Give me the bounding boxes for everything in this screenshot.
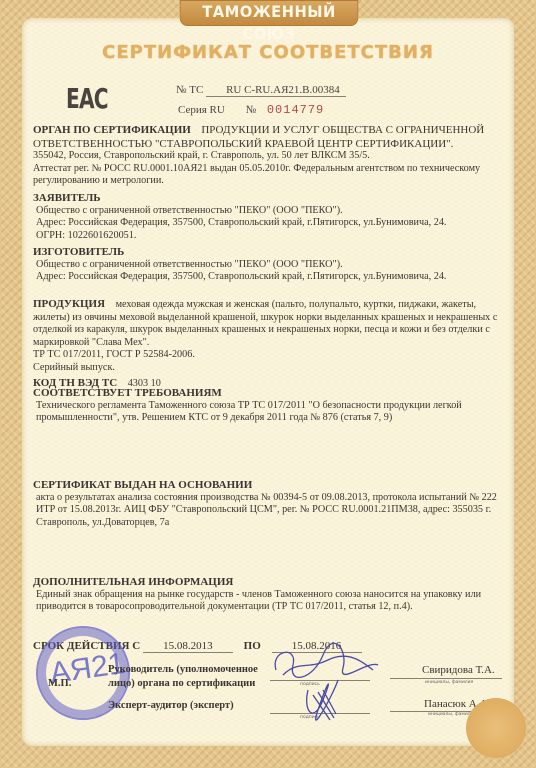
series-label: Серия RU xyxy=(178,104,225,116)
applicant-ogrn: ОГРН: 1022601620051. xyxy=(33,230,506,243)
series-line: Серия RU № 0014779 xyxy=(178,103,324,117)
product-standards: ТР ТС 017/2011, ГОСТ Р 52584-2006. xyxy=(33,349,506,362)
applicant-heading: ЗАЯВИТЕЛЬ xyxy=(33,192,506,205)
manufacturer-heading: ИЗГОТОВИТЕЛЬ xyxy=(33,246,506,259)
number-label: № xyxy=(228,104,257,116)
certification-body-section: ОРГАН ПО СЕРТИФИКАЦИИ ПРОДУКЦИИ И УСЛУГ … xyxy=(33,124,506,188)
additional-info-section: ДОПОЛНИТЕЛЬНАЯ ИНФОРМАЦИЯ Единый знак об… xyxy=(33,576,506,614)
certification-body-address: 355042, Россия, Ставропольский край, г. … xyxy=(33,150,506,163)
certification-body-name-2: ОТВЕТСТВЕННОСТЬЮ "СТАВРОПОЛЬСКИЙ КРАЕВОЙ… xyxy=(33,138,506,151)
head-signatory-name: Свиридова Т.А. xyxy=(422,664,495,676)
compliance-section: СООТВЕТСТВУЕТ ТРЕБОВАНИЯМ Технического р… xyxy=(33,387,506,425)
additional-info-heading: ДОПОЛНИТЕЛЬНАЯ ИНФОРМАЦИЯ xyxy=(33,576,506,589)
stamp-place-label: М.П. xyxy=(48,678,71,689)
product-production-type: Серийный выпуск. xyxy=(33,362,506,375)
eac-mark-icon: EAC xyxy=(66,82,108,115)
tc-number-line: № ТС RU C-RU.АЯ21.В.00384 xyxy=(176,84,346,97)
additional-info-text: Единый знак обращения на рынке государст… xyxy=(33,589,506,614)
applicant-address: Адрес: Российская Федерация, 357500, Ста… xyxy=(33,217,506,230)
certificate-border: ТАМОЖЕННЫЙ СОЮЗ СЕРТИФИКАТ СООТВЕТСТВИЯ … xyxy=(0,0,536,768)
head-signatory-label: Руководитель (уполномоченное лицо) орган… xyxy=(108,663,258,691)
manufacturer-section: ИЗГОТОВИТЕЛЬ Общество с ограниченной отв… xyxy=(33,246,506,284)
tc-label: № ТС xyxy=(176,84,203,96)
head-name-caption: инициалы, фамилия xyxy=(425,680,473,685)
manufacturer-address: Адрес: Российская Федерация, 357500, Ста… xyxy=(33,271,506,284)
basis-section: СЕРТИФИКАТ ВЫДАН НА ОСНОВАНИИ акта о рез… xyxy=(33,479,506,529)
certification-body-heading: ОРГАН ПО СЕРТИФИКАЦИИ xyxy=(33,124,191,136)
tc-number: RU C-RU.АЯ21.В.00384 xyxy=(206,84,346,97)
head-name-line xyxy=(390,678,502,679)
serial-number: 0014779 xyxy=(259,103,324,117)
validity-from: 15.08.2013 xyxy=(143,640,233,653)
compliance-text: Технического регламента Таможенного союз… xyxy=(33,400,506,425)
product-section: ПРОДУКЦИЯ меховая одежда мужская и женск… xyxy=(33,298,506,390)
gold-seal-icon xyxy=(466,698,526,758)
compliance-heading: СООТВЕТСТВУЕТ ТРЕБОВАНИЯМ xyxy=(33,387,506,400)
head-label-line2: лицо) органа по сертификации xyxy=(108,677,258,691)
head-label-line1: Руководитель (уполномоченное xyxy=(108,663,258,677)
customs-union-banner: ТАМОЖЕННЫЙ СОЮЗ xyxy=(180,0,358,26)
basis-text: акта о результатах анализа состояния про… xyxy=(33,492,506,530)
applicant-section: ЗАЯВИТЕЛЬ Общество с ограниченной ответс… xyxy=(33,192,506,242)
basis-heading: СЕРТИФИКАТ ВЫДАН НА ОСНОВАНИИ xyxy=(33,479,506,492)
certification-body-name: ПРОДУКЦИИ И УСЛУГ ОБЩЕСТВА С ОГРАНИЧЕННО… xyxy=(193,124,484,136)
signature-icon xyxy=(268,640,388,730)
validity-to-label: ПО xyxy=(236,640,269,652)
certification-body-accreditation: Аттестат рег. № РОСС RU.0001.10АЯ21 выда… xyxy=(33,163,506,188)
expert-signatory-label: Эксперт-аудитор (эксперт) xyxy=(108,699,234,713)
product-heading: ПРОДУКЦИЯ xyxy=(33,298,105,310)
certificate-title: СЕРТИФИКАТ СООТВЕТСТВИЯ xyxy=(0,42,536,63)
applicant-name: Общество с ограниченной ответственностью… xyxy=(33,205,506,218)
manufacturer-name: Общество с ограниченной ответственностью… xyxy=(33,259,506,272)
